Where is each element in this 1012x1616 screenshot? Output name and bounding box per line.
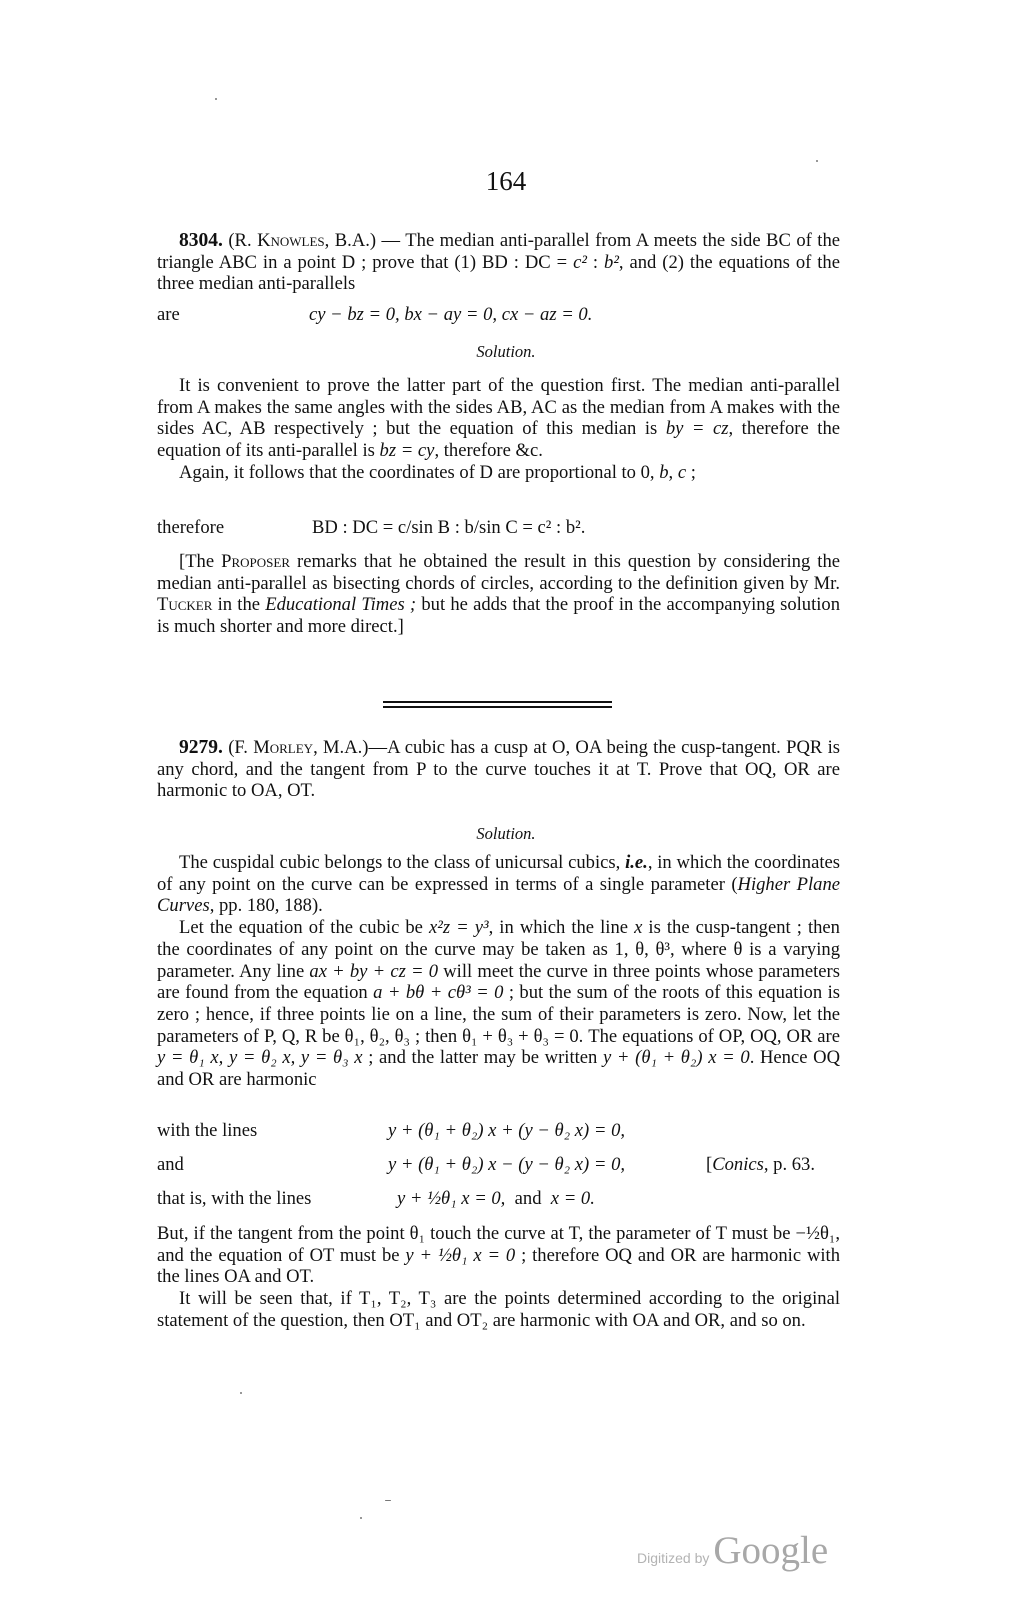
scan-speck — [360, 1517, 362, 1519]
author-name: Morley — [253, 737, 313, 758]
problem-9279-conclusion: But, if the tangent from the point θ₁ to… — [157, 1223, 840, 1332]
equation: y + (θ₁ + θ₂) x + (y − θ₂ x) = 0, — [388, 1120, 625, 1142]
equation: BD : DC = c/sin B : b/sin C = c² : b². — [312, 517, 585, 539]
solution-heading: Solution. — [0, 342, 1012, 362]
scan-speck — [240, 1392, 242, 1394]
section-divider-top — [383, 701, 612, 703]
scan-speck — [215, 98, 217, 100]
therefore-equation: therefore BD : DC = c/sin B : b/sin C = … — [157, 517, 847, 539]
problem-number: 9279. — [179, 737, 223, 758]
digitized-by-google-watermark: Digitized by Google — [637, 1528, 828, 1573]
scan-speck — [385, 1500, 391, 1501]
equation-row-3: that is, with the lines y + ½θ₁ x = 0, a… — [157, 1188, 847, 1210]
section-divider-bottom — [383, 706, 612, 708]
scanned-page: 164 8304. (R. Knowles, B.A.) — The media… — [0, 0, 1012, 1616]
problem-9279-solution: The cuspidal cubic belongs to the class … — [157, 852, 840, 1091]
problem-number: 8304. — [179, 230, 223, 251]
problem-8304-solution: It is convenient to prove the latter par… — [157, 375, 840, 484]
scan-speck — [816, 160, 818, 162]
equation-row-1: with the lines y + (θ₁ + θ₂) x + (y − θ₂… — [157, 1120, 847, 1142]
equation: y + ½θ₁ x = 0, and x = 0. — [397, 1188, 595, 1210]
conics-reference: [Conics, p. 63. — [706, 1154, 815, 1176]
equation: y + (θ₁ + θ₂) x − (y − θ₂ x) = 0, — [388, 1154, 625, 1176]
problem-8304-equations: are cy − bz = 0, bx − ay = 0, cx − az = … — [157, 304, 847, 326]
equation-row-2: and y + (θ₁ + θ₂) x − (y − θ₂ x) = 0, [C… — [157, 1154, 847, 1176]
author-name: Knowles — [257, 230, 325, 251]
solution-heading: Solution. — [0, 824, 1012, 844]
google-logo-text: Google — [713, 1529, 828, 1572]
proposer-remark: [The Proposer remarks that he obtained t… — [157, 551, 840, 638]
problem-9279-statement: 9279. (F. Morley, M.A.)—A cubic has a cu… — [157, 737, 840, 802]
problem-8304-statement: 8304. (R. Knowles, B.A.) — The median an… — [157, 230, 840, 295]
equation: cy − bz = 0, bx − ay = 0, cx − az = 0. — [309, 304, 592, 326]
page-number: 164 — [0, 166, 1012, 197]
